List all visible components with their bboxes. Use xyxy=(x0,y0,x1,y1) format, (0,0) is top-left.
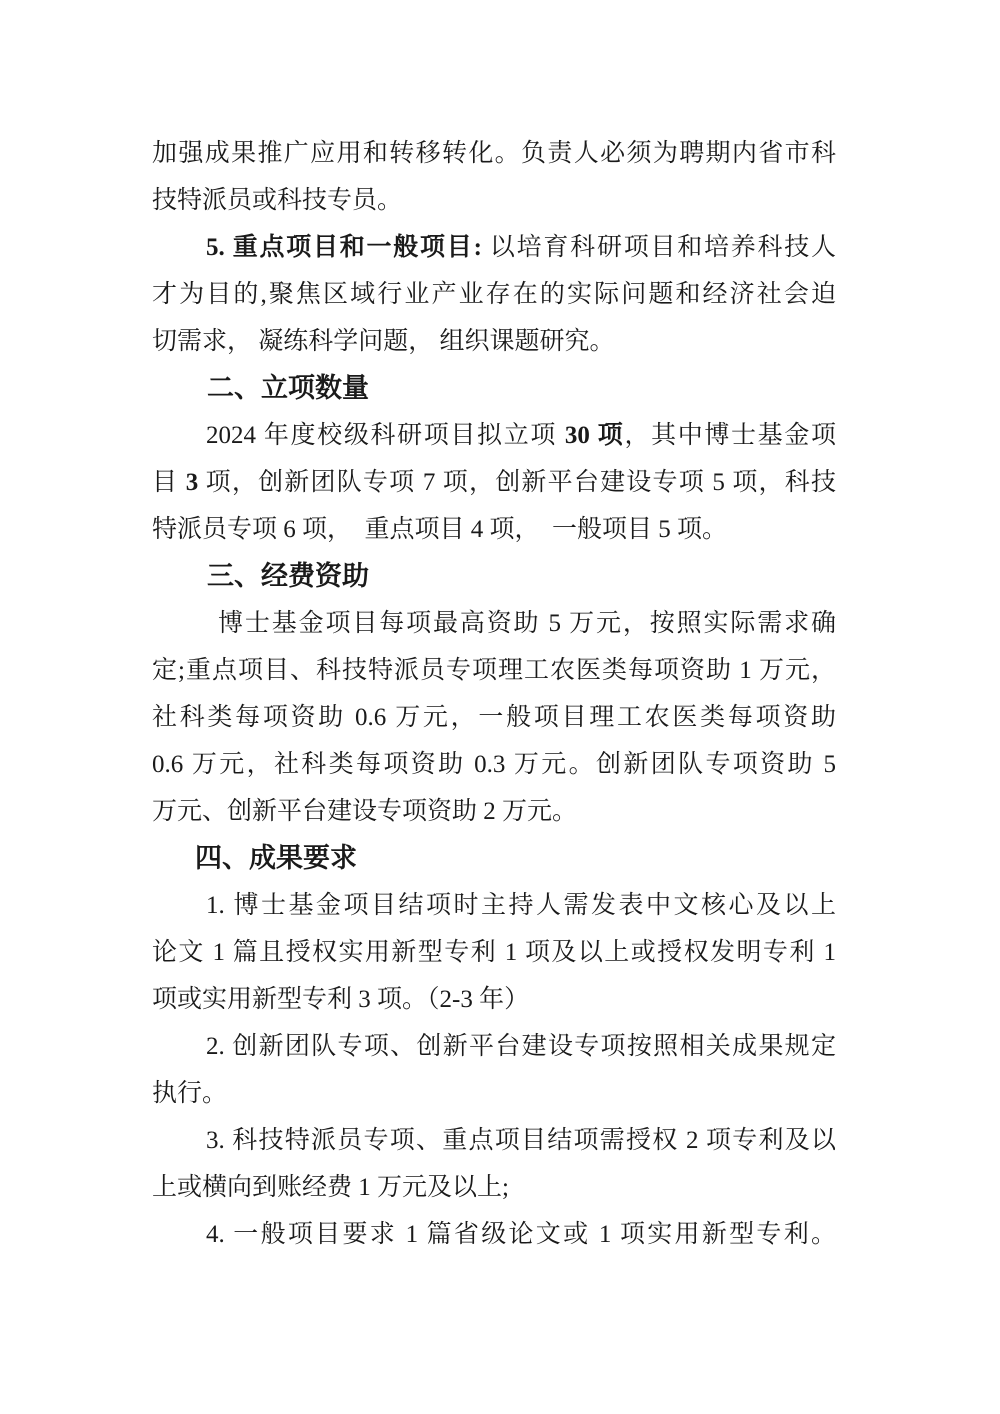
para-funding-line-5: 万元、创新平台建设专项资助 2 万元。 xyxy=(152,788,836,835)
para-item5-line-3: 切需求， 凝练科学问题， 组织课题研究。 xyxy=(152,318,836,365)
document-body: 加强成果推广应用和转移转化。负责人必须为聘期内省市科 技特派员或科技专员。 5.… xyxy=(152,130,836,1258)
para-funding-line-1: 博士基金项目每项最高资助 5 万元，按照实际需求确 xyxy=(152,600,836,647)
text-run: 社科类每项资助 0.6 万元，一般项目理工农医类每项资助 xyxy=(152,704,836,731)
para-req3-line-1: 3. 科技特派员专项、重点项目结项需授权 2 项专利及以 xyxy=(152,1117,836,1164)
quota-total: 30 项 xyxy=(565,422,625,449)
text-run: 切需求， 凝练科学问题， 组织课题研究。 xyxy=(152,328,615,355)
para-req1-line-1: 1. 博士基金项目结项时主持人需发表中文核心及以上 xyxy=(152,882,836,929)
para-item5-line-1: 5. 重点项目和一般项目: 以培育科研项目和培养科技人 xyxy=(152,224,836,271)
para-transfer-line-1: 加强成果推广应用和转移转化。负责人必须为聘期内省市科 xyxy=(152,130,836,177)
section-heading-funding: 三、经费资助 xyxy=(152,553,836,600)
text-run: 以培育科研项目和培养科技人 xyxy=(482,234,836,261)
text-run: 才为目的,聚焦区域行业产业存在的实际问题和经济社会迫 xyxy=(152,281,836,308)
section-heading-quota: 二、立项数量 xyxy=(152,365,836,412)
text-run: 项，创新团队专项 7 项，创新平台建设专项 5 项，科技 xyxy=(198,469,836,496)
para-funding-line-2: 定;重点项目、科技特派员专项理工农医类每项资助 1 万元， xyxy=(152,647,836,694)
para-req2-line-1: 2. 创新团队专项、创新平台建设专项按照相关成果规定 xyxy=(152,1023,836,1070)
text-run: 目 xyxy=(152,469,186,496)
para-req1-line-2: 论文 1 篇且授权实用新型专利 1 项及以上或授权发明专利 1 xyxy=(152,929,836,976)
text-run: 加强成果推广应用和转移转化。负责人必须为聘期内省市科 xyxy=(152,140,836,167)
text-run: 项或实用新型专利 3 项。（2-3 年） xyxy=(152,986,529,1013)
text-run: 定;重点项目、科技特派员专项理工农医类每项资助 1 万元， xyxy=(152,657,836,684)
text-run: 万元、创新平台建设专项资助 2 万元。 xyxy=(152,798,577,825)
para-funding-line-3: 社科类每项资助 0.6 万元，一般项目理工农医类每项资助 xyxy=(152,694,836,741)
para-quota-line-2: 目 3 项，创新团队专项 7 项，创新平台建设专项 5 项，科技 xyxy=(152,459,836,506)
para-req1-line-3: 项或实用新型专利 3 项。（2-3 年） xyxy=(152,976,836,1023)
heading-text: 二、立项数量 xyxy=(207,373,369,403)
para-transfer-line-2: 技特派员或科技专员。 xyxy=(152,177,836,224)
text-run: 上或横向到账经费 1 万元及以上; xyxy=(152,1174,509,1201)
para-req4-line-1: 4. 一般项目要求 1 篇省级论文或 1 项实用新型专利。 xyxy=(152,1211,836,1258)
text-run: 1. 博士基金项目结项时主持人需发表中文核心及以上 xyxy=(206,892,836,919)
text-run: 技特派员或科技专员。 xyxy=(152,187,402,214)
section-heading-results: 四、成果要求 xyxy=(152,835,836,882)
para-req2-line-2: 执行。 xyxy=(152,1070,836,1117)
para-quota-line-3: 特派员专项 6 项， 重点项目 4 项， 一般项目 5 项。 xyxy=(152,506,836,553)
text-run: ，其中博士基金项 xyxy=(624,422,836,449)
para-req3-line-2: 上或横向到账经费 1 万元及以上; xyxy=(152,1164,836,1211)
quota-doctoral: 3 xyxy=(186,469,199,496)
item5-title: 5. 重点项目和一般项目: xyxy=(206,234,482,261)
text-run: 执行。 xyxy=(152,1080,227,1107)
text-run: 2. 创新团队专项、创新平台建设专项按照相关成果规定 xyxy=(206,1033,836,1060)
heading-text: 三、经费资助 xyxy=(207,561,369,591)
text-run: 博士基金项目每项最高资助 5 万元，按照实际需求确 xyxy=(218,610,836,637)
text-run: 2024 年度校级科研项目拟立项 xyxy=(206,422,565,449)
para-funding-line-4: 0.6 万元，社科类每项资助 0.3 万元。创新团队专项资助 5 xyxy=(152,741,836,788)
para-item5-line-2: 才为目的,聚焦区域行业产业存在的实际问题和经济社会迫 xyxy=(152,271,836,318)
text-run: 4. 一般项目要求 1 篇省级论文或 1 项实用新型专利。 xyxy=(206,1221,836,1248)
para-quota-line-1: 2024 年度校级科研项目拟立项 30 项，其中博士基金项 xyxy=(152,412,836,459)
text-run: 0.6 万元，社科类每项资助 0.3 万元。创新团队专项资助 5 xyxy=(152,751,836,778)
text-run: 特派员专项 6 项， 重点项目 4 项， 一般项目 5 项。 xyxy=(152,516,727,543)
text-run: 论文 1 篇且授权实用新型专利 1 项及以上或授权发明专利 1 xyxy=(152,939,836,966)
document-page: 加强成果推广应用和转移转化。负责人必须为聘期内省市科 技特派员或科技专员。 5.… xyxy=(0,0,1000,1414)
heading-text: 四、成果要求 xyxy=(195,843,357,873)
text-run: 3. 科技特派员专项、重点项目结项需授权 2 项专利及以 xyxy=(206,1127,836,1154)
